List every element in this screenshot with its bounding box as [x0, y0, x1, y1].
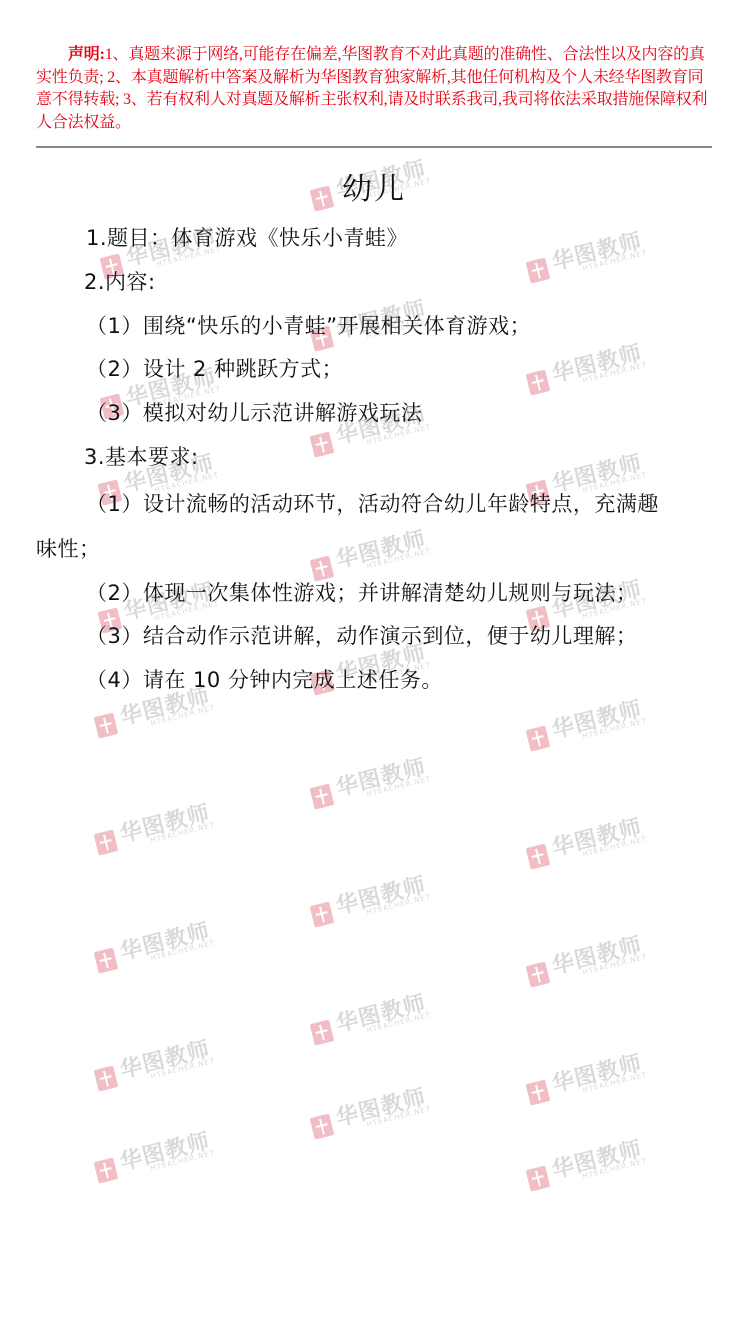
- requirement-item: （4）请在 10 分钟内完成上述任务。: [86, 664, 443, 694]
- requirement-item: （3）结合动作示范讲解，动作演示到位，便于幼儿理解；: [86, 620, 637, 650]
- watermark: 华图教师HTEACHER.NET: [91, 909, 228, 983]
- disclaimer: 声明:1、真题来源于网络,可能存在偏差,华图教育不对此真题的准确性、合法性以及内…: [36, 44, 712, 134]
- watermark: 华图教师HTEACHER.NET: [523, 805, 660, 879]
- content-item: （1）围绕“快乐的小青蛙”开展相关体育游戏；: [86, 310, 531, 340]
- watermark: 华图教师HTEACHER.NET: [523, 687, 660, 761]
- watermark-logo-icon: [310, 783, 335, 809]
- watermark: 华图教师HTEACHER.NET: [523, 1041, 660, 1115]
- watermark-logo-icon: [526, 1165, 551, 1191]
- watermark-logo-icon: [94, 1065, 119, 1091]
- watermark: 华图教师HTEACHER.NET: [523, 219, 660, 293]
- watermark: 华图教师HTEACHER.NET: [91, 1119, 228, 1193]
- topic-line: 1.题目：体育游戏《快乐小青蛙》: [86, 222, 408, 252]
- watermark-logo-icon: [94, 829, 119, 855]
- watermark-logo-icon: [310, 431, 335, 457]
- watermark-logo-icon: [526, 961, 551, 987]
- watermark: 华图教师HTEACHER.NET: [91, 791, 228, 865]
- watermark: 华图教师HTEACHER.NET: [523, 1127, 660, 1201]
- content-item: （3）模拟对幼儿示范讲解游戏玩法: [86, 397, 422, 427]
- watermark-logo-icon: [526, 369, 551, 395]
- watermark: 华图教师HTEACHER.NET: [307, 745, 444, 819]
- watermark: 华图教师HTEACHER.NET: [307, 981, 444, 1055]
- header-divider: [36, 146, 712, 148]
- watermark-logo-icon: [310, 1019, 335, 1045]
- watermark-logo-icon: [94, 947, 119, 973]
- watermark-logo-icon: [526, 843, 551, 869]
- disclaimer-label: 声明:: [68, 46, 105, 63]
- requirements-heading: 3.基本要求:: [84, 441, 199, 471]
- watermark-logo-icon: [526, 257, 551, 283]
- watermark-logo-icon: [94, 1157, 119, 1183]
- watermark: 华图教师HTEACHER.NET: [523, 331, 660, 405]
- watermark-logo-icon: [526, 725, 551, 751]
- requirement-item-continuation: 味性；: [36, 533, 101, 563]
- requirement-item: （2）体现一次集体性游戏；并讲解清楚幼儿规则与玩法；: [86, 577, 637, 607]
- watermark-logo-icon: [94, 712, 119, 738]
- watermark-logo-icon: [310, 901, 335, 927]
- content-item: （2）设计 2 种跳跃方式；: [86, 353, 343, 383]
- watermark-logo-icon: [526, 1079, 551, 1105]
- watermark: 华图教师HTEACHER.NET: [307, 863, 444, 937]
- content-heading: 2.内容:: [84, 266, 156, 296]
- watermark: 华图教师HTEACHER.NET: [91, 1027, 228, 1101]
- document-title: 幼儿: [0, 164, 748, 208]
- disclaimer-text: 1、真题来源于网络,可能存在偏差,华图教育不对此真题的准确性、合法性以及内容的真…: [36, 46, 707, 131]
- watermark: 华图教师HTEACHER.NET: [307, 1075, 444, 1149]
- watermark: 华图教师HTEACHER.NET: [523, 923, 660, 997]
- requirement-item: （1）设计流畅的活动环节，活动符合幼儿年龄特点，充满趣: [86, 488, 659, 518]
- watermark-logo-icon: [310, 1113, 335, 1139]
